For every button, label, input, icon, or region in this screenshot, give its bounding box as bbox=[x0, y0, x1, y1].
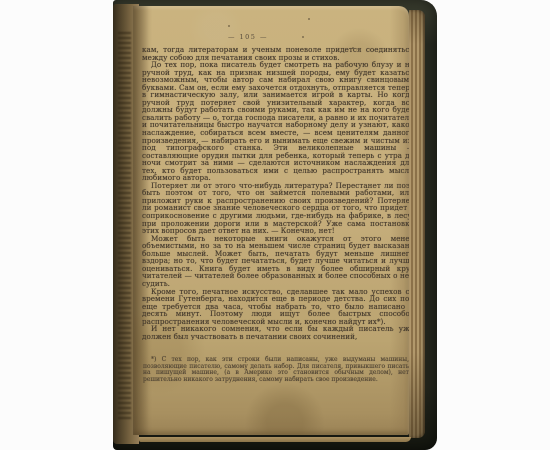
paragraph: До тех пор, пока писатель будет смотреть… bbox=[142, 61, 409, 182]
paper-speck bbox=[302, 36, 304, 38]
paragraph: Может быть некоторые книги окажутся от э… bbox=[142, 235, 409, 288]
gutter-text-marks bbox=[118, 32, 131, 422]
paragraph: И нет никакого сомнения, что если бы каж… bbox=[142, 325, 409, 340]
paragraph: кам, тогда литераторам и ученым поневоле… bbox=[142, 46, 409, 61]
photo-background: — 105 — кам, тогда литераторам и ученым … bbox=[0, 0, 550, 450]
footnote: *) С тех пор, как эти строки были написа… bbox=[143, 357, 409, 383]
paragraph: Потеряет ли от этого что-нибудь литерату… bbox=[142, 182, 409, 235]
paper-speck bbox=[228, 25, 230, 27]
paper-speck bbox=[308, 18, 310, 20]
paper-speck bbox=[352, 47, 354, 49]
paper-speck bbox=[378, 120, 380, 122]
fore-edge-pages bbox=[409, 10, 425, 438]
book-page: — 105 — кам, тогда литераторам и ученым … bbox=[133, 6, 409, 435]
page-text: кам, тогда литераторам и ученым поневоле… bbox=[142, 46, 409, 340]
paragraph: Кроме того, печатное искусство, сделавше… bbox=[142, 288, 409, 326]
bottom-page-edges bbox=[139, 437, 411, 442]
book-cover-edge: — 105 — кам, тогда литераторам и ученым … bbox=[113, 0, 437, 450]
page-number: — 105 — bbox=[168, 33, 328, 41]
